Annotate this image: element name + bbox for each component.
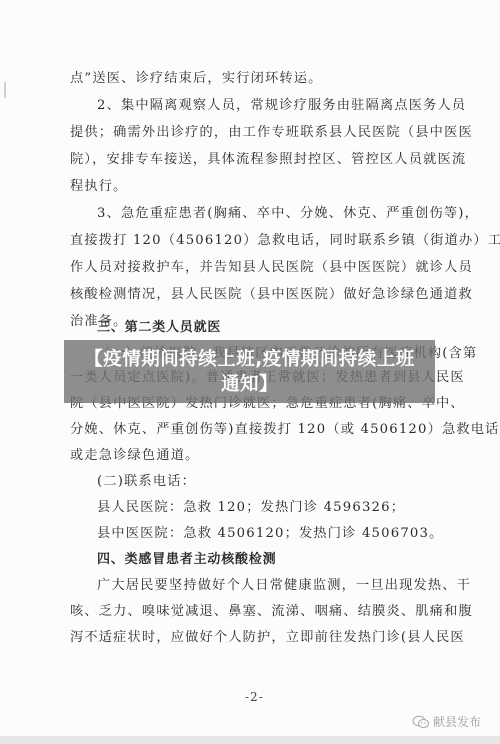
doc-line: 2、集中隔离观察人员，常规诊疗服务由驻隔离点医务人员: [97, 97, 466, 115]
doc-line: 广大居民要坚持做好个人日常健康监测，一旦出现发热、干: [97, 577, 471, 595]
doc-line: 点”送医、诊疗结束后，实行闭环转运。: [70, 70, 323, 88]
doc-line: 程执行。: [70, 178, 128, 196]
bottom-strip: [0, 736, 500, 744]
watermark-label: 献县发布: [433, 713, 481, 730]
section-heading: 三、第二类人员就医: [97, 319, 221, 337]
scan-artifact: [4, 82, 6, 98]
doc-line: 咳、乏力、嗅味觉减退、鼻塞、流涕、咽痛、结膜炎、肌痛和腹: [70, 603, 473, 621]
doc-line: 泻不适症状时，应做好个人防护，立即前往发热门诊(县人民医: [70, 629, 465, 647]
doc-line: 3、急危重症患者(胸痛、卒中、分娩、休克、严重创伤等)，: [97, 205, 479, 223]
doc-line: (二)联系电话：: [97, 473, 196, 491]
section-heading: 四、类感冒患者主动核酸检测: [97, 551, 276, 569]
source-watermark: 献县发布: [412, 713, 481, 730]
doc-line: 分娩、休克、严重创伤等)直接拨打 120（或 4506120）急救电话: [70, 421, 500, 439]
page-number: -2-: [245, 690, 264, 704]
article-title: 【疫情期间持续上班,疫情期间持续上班通知】: [80, 347, 420, 397]
doc-line: 直接拨打 120（4506120）急救电话，同时联系乡镇（街道办）工: [70, 232, 500, 250]
title-overlay-banner: 【疫情期间持续上班,疫情期间持续上班通知】: [64, 340, 435, 403]
doc-line: 作人员对接救护车，并告知县人民医院（县中医医院）就诊人员: [70, 259, 473, 277]
doc-line: 提供；确需外出诊疗的，由工作专班联系县人民医院（县中医医: [70, 124, 473, 142]
doc-line: 院），安排专车接送，具体流程参照封控区、管控区人员就医流: [70, 151, 466, 169]
doc-line: 核酸检测情况，县人民医院（县中医医院）做好急诊绿色通道救: [70, 286, 473, 304]
doc-line: 县人民医院：急救 120；发热门诊 4596326；: [97, 499, 405, 517]
wechat-icon: [412, 715, 430, 729]
doc-line: 县中医医院：急救 4506120；发热门诊 4506703。: [97, 525, 443, 543]
doc-line: 或走急诊绿色通道。: [70, 447, 200, 465]
